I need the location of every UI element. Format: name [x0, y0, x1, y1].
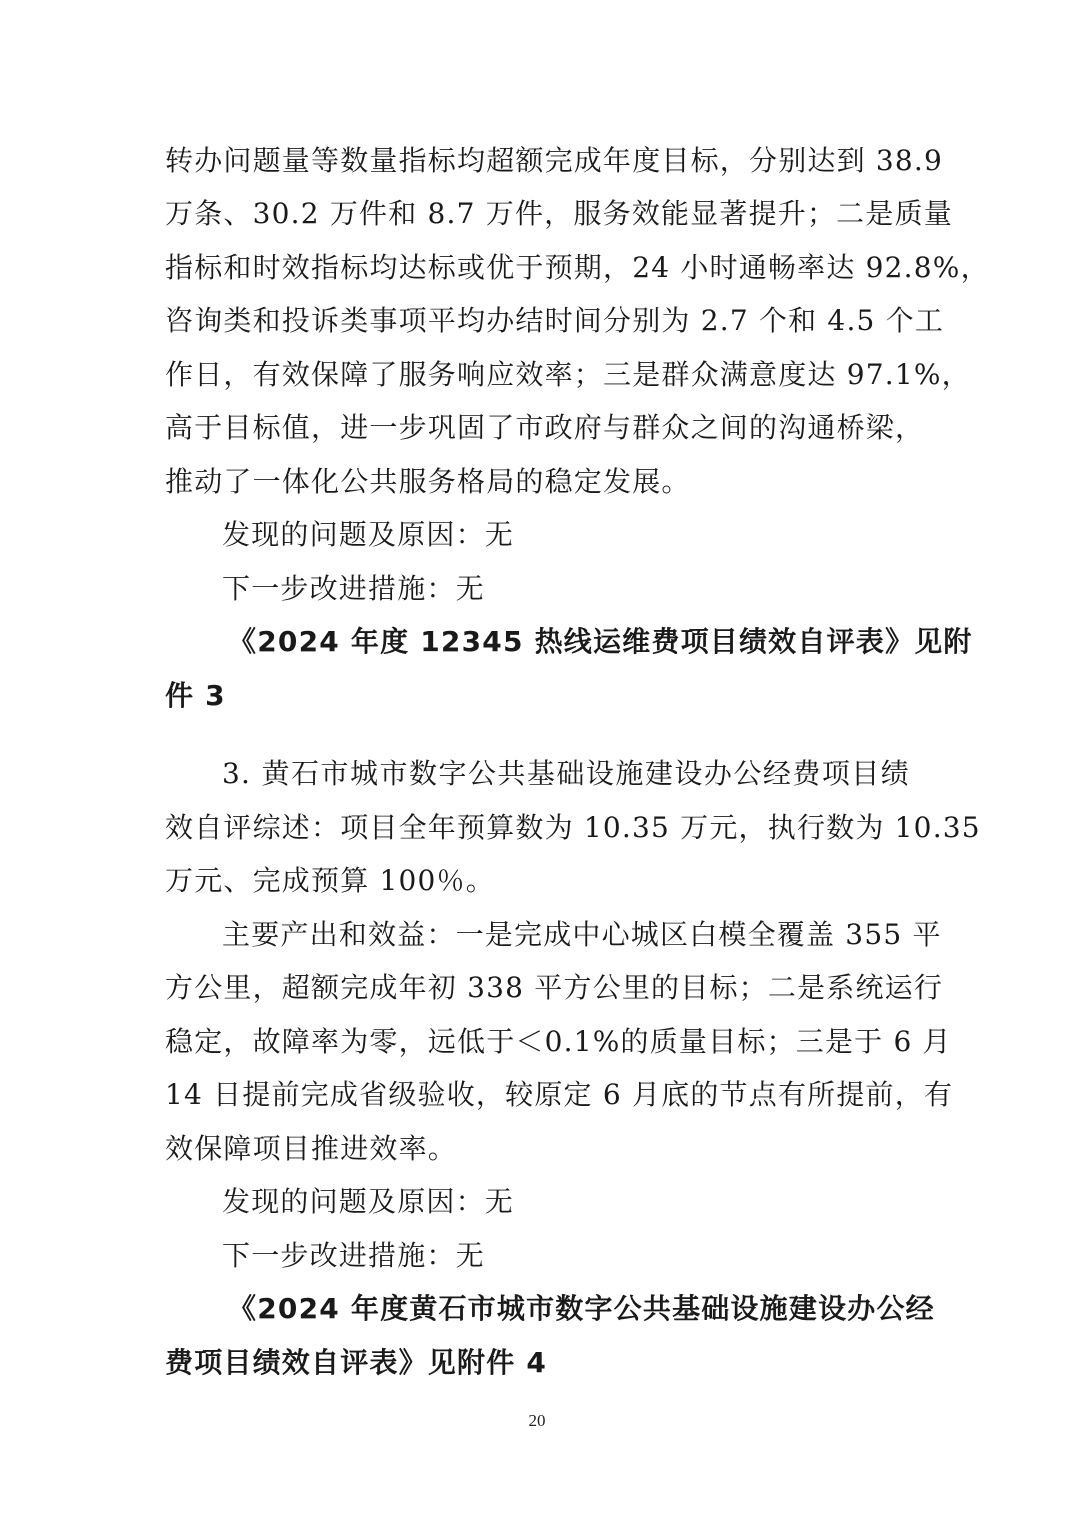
text-line: 高于目标值，进一步巩固了市政府与群众之间的沟通桥梁， — [165, 411, 910, 445]
next-improvements: 下一步改进措施：无 — [222, 1239, 910, 1273]
text-line: 方公里，超额完成年初 338 平方公里的目标；二是系统运行 — [165, 971, 910, 1005]
section-heading-line: 3. 黄石市城市数字公共基础设施建设办公经费项目绩 — [222, 757, 910, 791]
problems-found: 发现的问题及原因：无 — [222, 1185, 910, 1219]
attachment-title-line: 《2024 年度 12345 热线运维费项目绩效自评表》见附 — [228, 625, 910, 659]
document-page: 转办问题量等数量指标均超额完成年度目标，分别达到 38.9 万条、30.2 万件… — [0, 0, 1074, 1520]
text-line: 推动了一体化公共服务格局的稳定发展。 — [165, 465, 910, 499]
text-line: 作日，有效保障了服务响应效率；三是群众满意度达 97.1%， — [165, 358, 910, 392]
page-number: 20 — [0, 1411, 1074, 1431]
attachment-title-line: 费项目绩效自评表》见附件 4 — [165, 1346, 910, 1380]
text-line: 咨询类和投诉类事项平均办结时间分别为 2.7 个和 4.5 个工 — [165, 304, 910, 338]
text-line: 主要产出和效益：一是完成中心城区白模全覆盖 355 平 — [222, 918, 910, 952]
text-line: 转办问题量等数量指标均超额完成年度目标，分别达到 38.9 — [165, 144, 910, 178]
text-line: 效保障项目推进效率。 — [165, 1132, 910, 1166]
text-line: 14 日提前完成省级验收，较原定 6 月底的节点有所提前，有 — [165, 1078, 910, 1112]
attachment-title-line: 件 3 — [165, 679, 910, 713]
problems-found: 发现的问题及原因：无 — [222, 518, 910, 552]
text-line: 稳定，故障率为零，远低于＜0.1%的质量目标；三是于 6 月 — [165, 1025, 910, 1059]
text-line: 指标和时效指标均达标或优于预期，24 小时通畅率达 92.8%， — [165, 251, 910, 285]
attachment-title-line: 《2024 年度黄石市城市数字公共基础设施建设办公经 — [228, 1292, 910, 1326]
text-line: 效自评综述：项目全年预算数为 10.35 万元，执行数为 10.35 — [165, 811, 910, 845]
text-line: 万元、完成预算 100％。 — [165, 864, 910, 898]
next-improvements: 下一步改进措施：无 — [222, 572, 910, 606]
text-line: 万条、30.2 万件和 8.7 万件，服务效能显著提升；二是质量 — [165, 197, 910, 231]
